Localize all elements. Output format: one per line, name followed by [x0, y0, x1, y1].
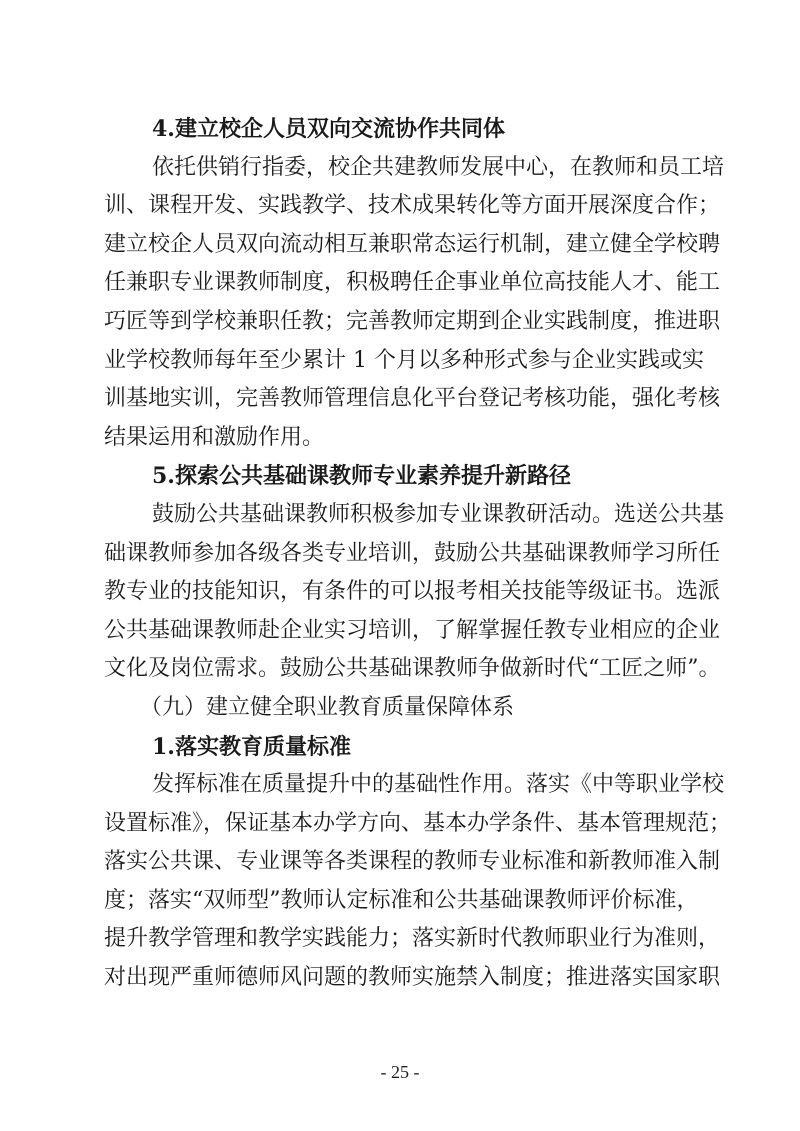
section-heading-1: 1.落实教育质量标准 — [104, 728, 698, 767]
paragraph-line: 业学校教师每年至少累计 1 个月以多种形式参与企业实践或实 — [104, 342, 698, 381]
paragraph-line: 设置标准》，保证基本办学方向、基本办学条件、基本管理规范； — [104, 805, 698, 844]
page-number: - 25 - — [0, 1062, 800, 1083]
paragraph-line: 巧匠等到学校兼职任教；完善教师定期到企业实践制度，推进职 — [104, 303, 698, 342]
section-heading-4: 4.建立校企人员双向交流协作共同体 — [104, 110, 698, 149]
paragraph-line: 础课教师参加各级各类专业培训，鼓励公共基础课教师学习所任 — [104, 535, 698, 574]
paragraph-line: 公共基础课教师赴企业实习培训，了解掌握任教专业相应的企业 — [104, 612, 698, 651]
paragraph-line: 建立校企人员双向流动相互兼职常态运行机制，建立健全学校聘 — [104, 226, 698, 265]
paragraph-line: 发挥标准在质量提升中的基础性作用。落实《中等职业学校 — [104, 766, 698, 805]
document-page: 4.建立校企人员双向交流协作共同体 依托供销行指委，校企共建教师发展中心，在教师… — [0, 0, 800, 1131]
paragraph-line: 结果运用和激励作用。 — [104, 419, 698, 458]
paragraph-line: 训基地实训，完善教师管理信息化平台登记考核功能，强化考核 — [104, 380, 698, 419]
chapter-subtitle: （九）建立健全职业教育质量保障体系 — [104, 689, 698, 728]
paragraph-line: 落实公共课、专业课等各类课程的教师专业标准和新教师准入制 — [104, 843, 698, 882]
paragraph-line: 文化及岗位需求。鼓励公共基础课教师争做新时代“工匠之师”。 — [104, 650, 698, 689]
paragraph-line: 提升教学管理和教学实践能力；落实新时代教师职业行为准则， — [104, 920, 698, 959]
paragraph-line: 依托供销行指委，校企共建教师发展中心，在教师和员工培 — [104, 149, 698, 188]
paragraph-line: 鼓励公共基础课教师积极参加专业课教研活动。选送公共基 — [104, 496, 698, 535]
paragraph-line: 度；落实“双师型”教师认定标准和公共基础课教师评价标准， — [104, 882, 698, 921]
document-body: 4.建立校企人员双向交流协作共同体 依托供销行指委，校企共建教师发展中心，在教师… — [104, 110, 698, 998]
paragraph-line: 任兼职专业课教师制度，积极聘任企事业单位高技能人才、能工 — [104, 264, 698, 303]
paragraph-line: 教专业的技能知识，有条件的可以报考相关技能等级证书。选派 — [104, 573, 698, 612]
section-heading-5: 5.探索公共基础课教师专业素养提升新路径 — [104, 457, 698, 496]
paragraph-line: 对出现严重师德师风问题的教师实施禁入制度；推进落实国家职 — [104, 959, 698, 998]
paragraph-line: 训、课程开发、实践教学、技术成果转化等方面开展深度合作； — [104, 187, 698, 226]
